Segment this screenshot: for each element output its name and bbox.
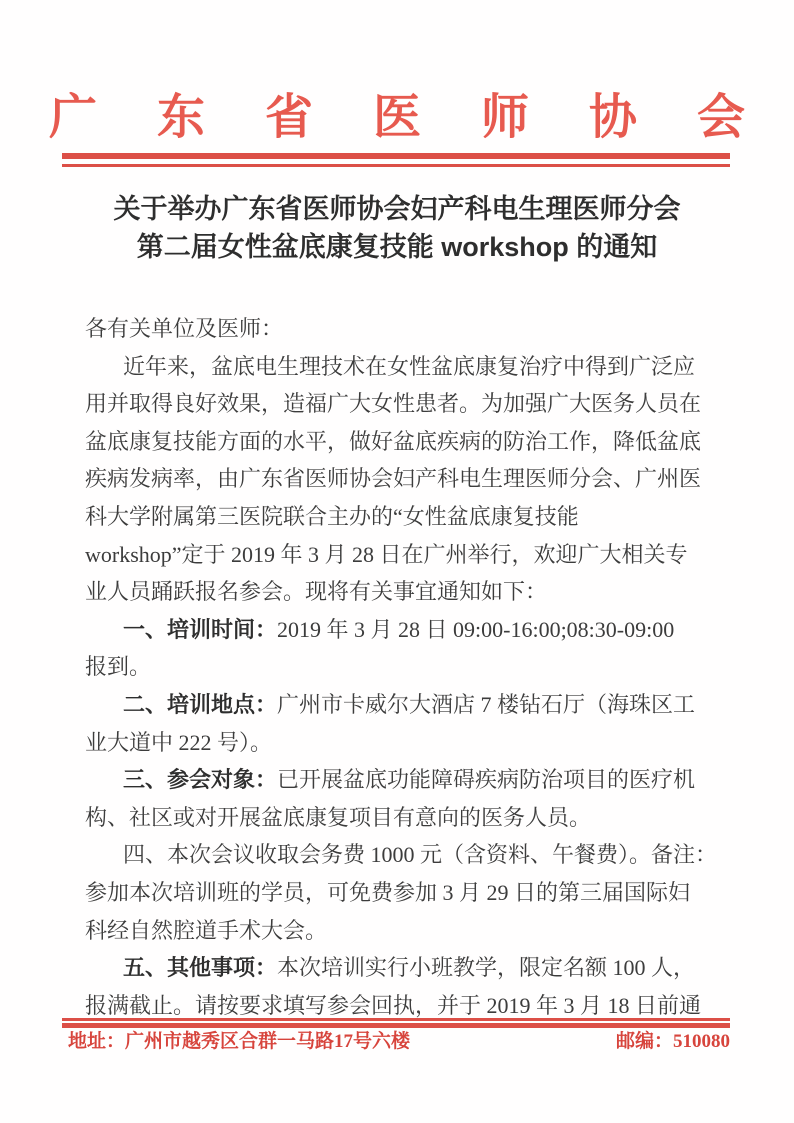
body-text: 用并取得良好效果，造福广大女性患者。为加强广大医务人员在	[85, 391, 701, 416]
body-text: 构、社区或对开展盆底康复项目有意向的医务人员。	[85, 805, 591, 830]
body-text: 各有关单位及医师：	[85, 316, 283, 341]
doc-title: 关于举办广东省医师协会妇产科电生理医师分会 第二届女性盆底康复技能 worksh…	[0, 190, 794, 266]
body-line: 科经自然腔道手术大会。	[85, 912, 745, 950]
body-text: 业人员踊跃报名参会。现将有关事宜通知如下：	[85, 579, 547, 604]
section-heading: 五、其他事项：	[123, 955, 277, 980]
body-text: 盆底康复技能方面的水平，做好盆底疾病的防治工作，降低盆底	[85, 429, 701, 454]
section-heading: 二、培训地点：	[123, 692, 277, 717]
body-line: 用并取得良好效果，造福广大女性患者。为加强广大医务人员在	[85, 385, 745, 423]
body-line: 业大道中 222 号）。	[85, 724, 745, 762]
body-text: 2019 年 3 月 28 日 09:00-16:00;08:30-09:00	[277, 617, 674, 642]
body-text: 疾病发病率，由广东省医师协会妇产科电生理医师分会、广州医	[85, 466, 701, 491]
body-line: 三、参会对象：已开展盆底功能障碍疾病防治项目的医疗机	[85, 761, 745, 799]
doc-title-line-1: 关于举办广东省医师协会妇产科电生理医师分会	[0, 190, 794, 228]
body-text: 广州市卡威尔大酒店 7 楼钻石厅（海珠区工	[277, 692, 695, 717]
header-rule-thick	[62, 153, 730, 159]
body-text: 报满截止。请按要求填写参会回执，并于 2019 年 3 月 18 日前通	[85, 993, 701, 1018]
body-text: 科大学附属第三医院联合主办的“女性盆底康复技能	[85, 504, 579, 529]
body-text: 近年来，盆底电生理技术在女性盆底康复治疗中得到广泛应	[123, 354, 695, 379]
body-line: 科大学附属第三医院联合主办的“女性盆底康复技能	[85, 498, 745, 536]
doc-footer: 地址：广州市越秀区合群一马路17号六楼 邮编：510080	[68, 1030, 730, 1054]
notice-document-page: 广 东 省 医 师 协 会 关于举办广东省医师协会妇产科电生理医师分会 第二届女…	[0, 0, 794, 1123]
body-line: 各有关单位及医师：	[85, 310, 745, 348]
body-line: 报到。	[85, 648, 745, 686]
body-line: 盆底康复技能方面的水平，做好盆底疾病的防治工作，降低盆底	[85, 423, 745, 461]
body-text: workshop”定于 2019 年 3 月 28 日在广州举行，欢迎广大相关专	[85, 542, 688, 567]
section-heading: 一、培训时间：	[123, 617, 277, 642]
body-line: 五、其他事项：本次培训实行小班教学，限定名额 100 人，	[85, 949, 745, 987]
body-line: 业人员踊跃报名参会。现将有关事宜通知如下：	[85, 573, 745, 611]
body-text: 业大道中 222 号）。	[85, 730, 272, 755]
body-text: 四、本次会议收取会务费 1000 元（含资料、午餐费）。备注：	[123, 842, 717, 867]
body-line: 近年来，盆底电生理技术在女性盆底康复治疗中得到广泛应	[85, 348, 745, 386]
body-text: 科经自然腔道手术大会。	[85, 918, 327, 943]
footer-address: 地址：广州市越秀区合群一马路17号六楼	[68, 1030, 410, 1054]
footer-postcode: 邮编：510080	[616, 1030, 730, 1054]
doc-title-line-2: 第二届女性盆底康复技能 workshop 的通知	[0, 228, 794, 266]
header-rule-thin	[62, 164, 730, 167]
body-line: workshop”定于 2019 年 3 月 28 日在广州举行，欢迎广大相关专	[85, 536, 745, 574]
org-name-header: 广 东 省 医 师 协 会	[0, 88, 794, 148]
doc-body: 各有关单位及医师：近年来，盆底电生理技术在女性盆底康复治疗中得到广泛应用并取得良…	[85, 310, 745, 1024]
body-text: 参加本次培训班的学员，可免费参加 3 月 29 日的第三届国际妇	[85, 880, 690, 905]
body-line: 四、本次会议收取会务费 1000 元（含资料、午餐费）。备注：	[85, 836, 745, 874]
body-text: 本次培训实行小班教学，限定名额 100 人，	[277, 955, 695, 980]
body-line: 一、培训时间：2019 年 3 月 28 日 09:00-16:00;08:30…	[85, 611, 745, 649]
footer-rule-thick	[62, 1023, 730, 1029]
body-line: 构、社区或对开展盆底康复项目有意向的医务人员。	[85, 799, 745, 837]
body-line: 二、培训地点：广州市卡威尔大酒店 7 楼钻石厅（海珠区工	[85, 686, 745, 724]
footer-rule-thin	[62, 1018, 730, 1021]
body-line: 疾病发病率，由广东省医师协会妇产科电生理医师分会、广州医	[85, 460, 745, 498]
body-text: 已开展盆底功能障碍疾病防治项目的医疗机	[277, 767, 695, 792]
section-heading: 三、参会对象：	[123, 767, 277, 792]
body-text: 报到。	[85, 654, 151, 679]
body-line: 参加本次培训班的学员，可免费参加 3 月 29 日的第三届国际妇	[85, 874, 745, 912]
